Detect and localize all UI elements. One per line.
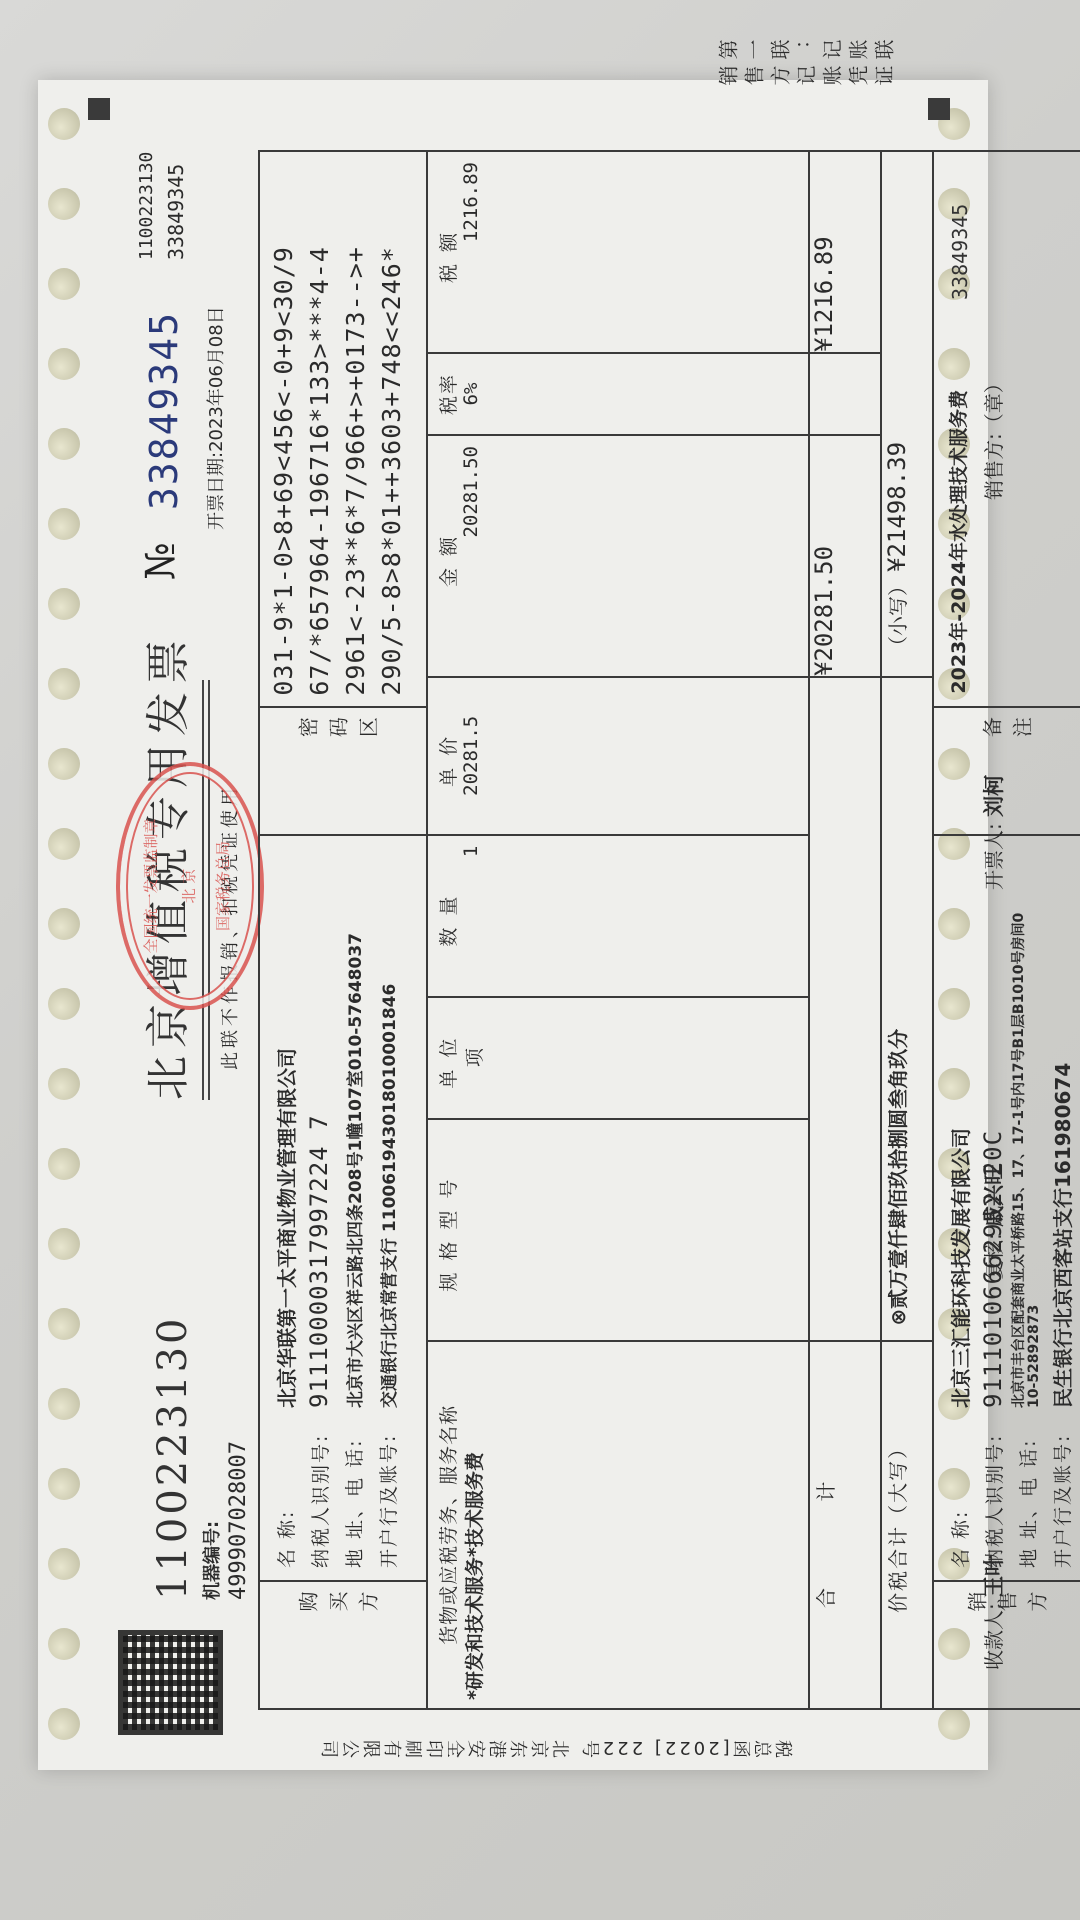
buyer-address-label: 地 址、电 话:	[340, 1408, 367, 1568]
header-rate: 税率	[428, 354, 460, 434]
total-label: 价税合计（大写）	[881, 1341, 933, 1709]
cipher-line: 67/*657964-196716*133>***4-4	[302, 162, 338, 696]
drawer-name: 刘柯	[982, 775, 1006, 817]
perforation-holes-top	[48, 80, 88, 1770]
total-small: ¥21498.39	[883, 442, 911, 576]
seller-address-label: 地 址、电 话:	[1014, 1408, 1041, 1568]
reviewer-name: 戚兴旺	[982, 1164, 1006, 1227]
machine-no: 499907028007	[226, 1441, 251, 1600]
price-col: 单价 20281.5	[427, 677, 809, 835]
qty-col: 数量 1	[427, 835, 809, 997]
buyer-bank: 交通银行北京常营支行 110061943018010001846	[375, 984, 400, 1408]
copy-label-strip: 第一联：记账联 销售方记账凭证	[718, 38, 928, 90]
signatures-footer: 收款人: 王叶 复核: 戚兴旺 开票人: 刘柯 销售方:（章）	[978, 110, 1008, 1670]
seller-bank: 民生银行北京西客站支行161980674	[1047, 1063, 1076, 1408]
item-tax: 1216.89	[460, 152, 482, 352]
header-price: 单价	[428, 678, 460, 834]
issue-date: 开票日期:2023年06月08日	[202, 306, 228, 530]
buyer-name-label: 名 称:	[272, 1408, 299, 1568]
number-sign: №	[138, 542, 184, 580]
payee-name: 王叶	[982, 1555, 1006, 1597]
unit-col: 单位 项	[427, 997, 809, 1119]
buyer-side-label: 购买方	[259, 1581, 427, 1709]
buyer-section: 购买方 名 称:北京华联第一太平商业物业管理有限公司 纳税人识别号:911100…	[259, 151, 427, 1709]
invoice-paper: 税总函[2022] 222号 北京东港安全印刷有限公司 1100223130 机…	[38, 80, 988, 1770]
invoice-number: 33849345	[142, 311, 186, 510]
sum-label: 合 计	[809, 1341, 881, 1709]
stamp-line2: 国家税务总局	[212, 766, 233, 1006]
seller-name: 北京三汇能环科技发展有限公司	[945, 1128, 974, 1408]
issue-date-label: 开票日期:	[206, 452, 227, 530]
bottom-serial-number: 33849345	[948, 204, 972, 300]
rate-col: 税率 6%	[427, 353, 809, 435]
sum-tax: ¥1216.89	[809, 151, 881, 353]
header-tax: 税额	[428, 152, 460, 352]
buyer-info: 名 称:北京华联第一太平商业物业管理有限公司 纳税人识别号:9111000031…	[259, 835, 427, 1581]
invoice-code: 1100223130	[150, 1316, 196, 1601]
header-unit: 单位	[428, 998, 460, 1118]
header-item-name: 货物或应税劳务、服务名称	[428, 1342, 460, 1708]
drawer-label: 开票人:	[982, 823, 1006, 890]
cipher-line: 031-9*1-0>8+69<456<-0+9<30/9	[266, 162, 302, 696]
seller-name-label: 名 称:	[946, 1408, 973, 1568]
tax-bureau-stamp: 全国统一发票监制章 北 京 国家税务总局	[116, 762, 264, 1010]
reviewer-label: 复核:	[982, 1233, 1006, 1280]
seller-address-line2: 10-52892873	[1026, 1305, 1042, 1408]
amount-col: 金额 20281.50	[427, 435, 809, 677]
reviewer: 复核: 戚兴旺	[978, 890, 1008, 1280]
qr-code	[118, 1630, 223, 1735]
items-section: 货物或应税劳务、服务名称 *研发和技术服务*技术服务费 规格型号 单位 项 数量…	[427, 151, 809, 1709]
invoice-code-right: 1100223130	[136, 152, 157, 260]
total-small-label: （小写）	[886, 576, 910, 676]
seller-seal: 销售方:（章）	[978, 110, 1008, 500]
sum-row: 合 计 ¥20281.50 ¥1216.89	[809, 151, 881, 1709]
buyer-bank-label: 开户行及账号:	[374, 1408, 401, 1568]
cipher-line: 290/5-8>8*01++3603+748<<246*	[374, 162, 410, 696]
item-unit: 项	[460, 998, 487, 1118]
spec-col: 规格型号	[427, 1119, 809, 1341]
item-amount: 20281.50	[460, 436, 482, 676]
printer-license-strip: 税总函[2022] 222号 北京东港安全印刷有限公司	[318, 1734, 793, 1760]
header-spec: 规格型号	[428, 1120, 460, 1340]
item-name-col: 货物或应税劳务、服务名称 *研发和技术服务*技术服务费	[427, 1341, 809, 1709]
buyer-address: 北京市大兴区祥云路北四条208号1幢107室010-57648037	[341, 933, 366, 1408]
buyer-name: 北京华联第一太平商业物业管理有限公司	[271, 1048, 300, 1408]
header-amount: 金额	[428, 436, 460, 676]
issue-date-value: 2023年06月08日	[206, 306, 227, 452]
sum-amount: ¥20281.50	[809, 435, 881, 677]
payee: 收款人: 王叶	[978, 1280, 1008, 1670]
cipher-side-label: 密码区	[259, 707, 427, 835]
seller-address-line1: 北京市丰台区配套商业太平桥路15、17、17-1号内17号B1层B1010号房间…	[1011, 913, 1027, 1408]
item-rate: 6%	[460, 354, 482, 434]
machine-no-label: 机器编号:	[198, 1521, 224, 1600]
cipher-line: 2961<-23**6*7/966+>+0173-->+	[338, 162, 374, 696]
drawer: 开票人: 刘柯	[978, 500, 1008, 890]
header-qty: 数量	[428, 836, 460, 996]
buyer-taxid-label: 纳税人识别号:	[306, 1408, 333, 1568]
stamp-line1: 全国统一发票监制章	[140, 766, 161, 1006]
stamp-line3: 北 京	[178, 766, 199, 1006]
cipher-area: 031-9*1-0>8+69<456<-0+9<30/9 67/*657964-…	[259, 151, 427, 707]
invoice-number-right: 33849345	[164, 164, 188, 260]
payee-label: 收款人:	[982, 1603, 1006, 1670]
item-price: 20281.5	[460, 678, 482, 834]
item-name: *研发和技术服务*技术服务费	[460, 1342, 487, 1708]
item-qty: 1	[460, 836, 482, 996]
tax-col: 税额 1216.89	[427, 151, 809, 353]
seller-bank-label: 开户行及账号:	[1048, 1408, 1075, 1568]
buyer-taxid: 91110000317997224 7	[305, 1114, 333, 1408]
seller-address: 北京市丰台区配套商业太平桥路15、17、17-1号内17号B1层B1010号房间…	[1012, 913, 1042, 1408]
invoice-table: 购买方 名 称:北京华联第一太平商业物业管理有限公司 纳税人识别号:911100…	[258, 150, 1080, 1710]
grand-total-row: 价税合计（大写） ⊗贰万壹仟肆佰玖拾捌圆叁角玖分 （小写）¥21498.39	[881, 151, 933, 1709]
total-in-words: ⊗贰万壹仟肆佰玖拾捌圆叁角玖分	[881, 677, 933, 1341]
